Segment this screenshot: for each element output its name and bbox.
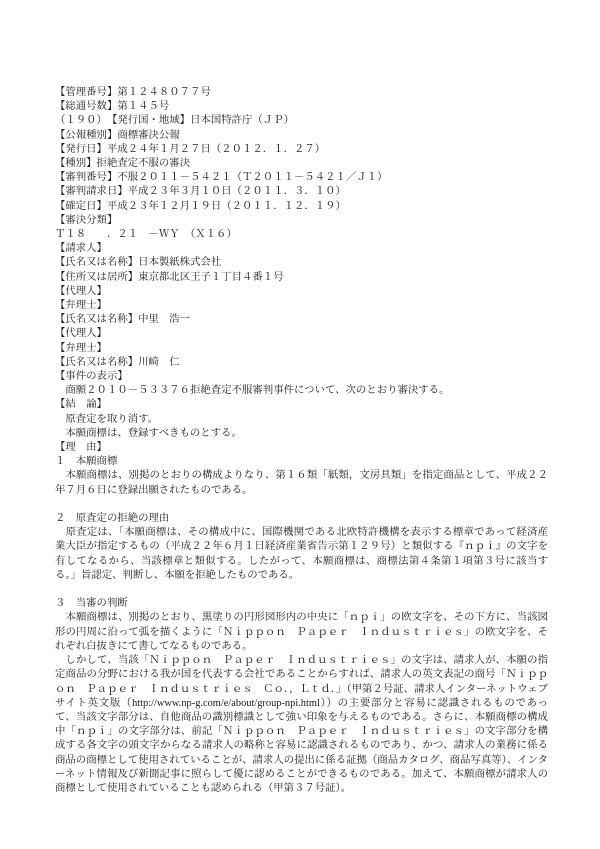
section-paragraphs: 本願商標は、別掲のとおり、黒塗りの円形図形内の中央に「ｎｐｉ」の欧文字を、その下… [55,611,548,796]
bibliographic-line: 原査定を取り消す。 [55,413,548,427]
bibliographic-line: 【弁理士】 [55,299,548,313]
bibliographic-line: 【審判番号】不服２０１１－５４２１（Ｔ２０１１－５４２１／Ｊ１） [55,171,548,185]
paragraph: 本願商標は、別掲のとおりの構成よりなり、第１６類「紙類，文房具類」を指定商品とし… [55,469,548,497]
bibliographic-line: 【審決分類】 [55,214,548,228]
bibliographic-line: 【理 由】 [55,441,548,455]
bibliographic-line: 【結 論】 [55,398,548,412]
bibliographic-line: 【総通号数】第１４５号 [55,100,548,114]
bibliographic-block: 【管理番号】第１２４８０７７号 【総通号数】第１４５号 （１９０） 【発行国・地… [55,86,548,455]
section-heading: ３ 当審の判断 [55,597,548,611]
document-body: 【管理番号】第１２４８０７７号 【総通号数】第１４５号 （１９０） 【発行国・地… [55,86,548,796]
bibliographic-line: 【審判請求日】平成２３年３月１０日（２０１１．３．１０） [55,185,548,199]
paragraph: 原査定は、「本願商標は、その構成中に、国際機関である北欧特許機構を表示する標章で… [55,526,548,583]
bibliographic-line: 【確定日】平成２３年１２月１９日（２０１１．１２．１９） [55,200,548,214]
bibliographic-line: 【住所又は居所】東京都北区王子１丁目４番１号 [55,271,548,285]
section-heading: ２ 原査定の拒絶の理由 [55,512,548,526]
gazette-page: 【管理番号】第１２４８０７７号 【総通号数】第１４５号 （１９０） 【発行国・地… [0,0,600,849]
bibliographic-line: （１９０） 【発行国・地域】日本国特許庁（ＪＰ） [55,114,548,128]
section-heading: １ 本願商標 [55,455,548,469]
bibliographic-line: 【氏名又は名称】中里 浩一 [55,313,548,327]
bibliographic-line: 【請求人】 [55,242,548,256]
bibliographic-line: 【氏名又は名称】川崎 仁 [55,356,548,370]
bibliographic-line: 【代理人】 [55,285,548,299]
section-paragraphs: 原査定は、「本願商標は、その構成中に、国際機関である北欧特許機構を表示する標章で… [55,526,548,583]
bibliographic-line: 本願商標は、登録すべきものとする。 [55,427,548,441]
bibliographic-line: 【事件の表示】 [55,370,548,384]
section-main-trademark: １ 本願商標 本願商標は、別掲のとおりの構成よりなり、第１６類「紙類，文房具類」… [55,455,548,498]
bibliographic-line: Ｔ１８ ．２１ －ＷＹ （Ｘ１６） [55,228,548,242]
bibliographic-line: 【代理人】 [55,327,548,341]
section-refusal-reason: ２ 原査定の拒絶の理由 原査定は、「本願商標は、その構成中に、国際機関である北欧… [55,512,548,583]
paragraph: しかして、当該「Ｎｉｐｐｏｎ Ｐａｐｅｒ Ｉｎｄｕｓｔｒｉｅｓ」の文字は、請求人… [55,654,548,796]
bibliographic-line: 【公報種別】商標審決公報 [55,129,548,143]
section-paragraphs: 本願商標は、別掲のとおりの構成よりなり、第１６類「紙類，文房具類」を指定商品とし… [55,469,548,497]
section-board-judgment: ３ 当審の判断 本願商標は、別掲のとおり、黒塗りの円形図形内の中央に「ｎｐｉ」の… [55,597,548,796]
bibliographic-line: 【発行日】平成２４年１月２７日（２０１２．１．２７） [55,143,548,157]
bibliographic-line: 【種別】拒絶査定不服の審決 [55,157,548,171]
bibliographic-line: 【弁理士】 [55,342,548,356]
paragraph: 本願商標は、別掲のとおり、黒塗りの円形図形内の中央に「ｎｐｉ」の欧文字を、その下… [55,611,548,654]
bibliographic-line: 【管理番号】第１２４８０７７号 [55,86,548,100]
bibliographic-line: 【氏名又は名称】日本製紙株式会社 [55,256,548,270]
bibliographic-line: 商願２０１０－５３３７６拒絶査定不服審判事件について、次のとおり審決する。 [55,384,548,398]
